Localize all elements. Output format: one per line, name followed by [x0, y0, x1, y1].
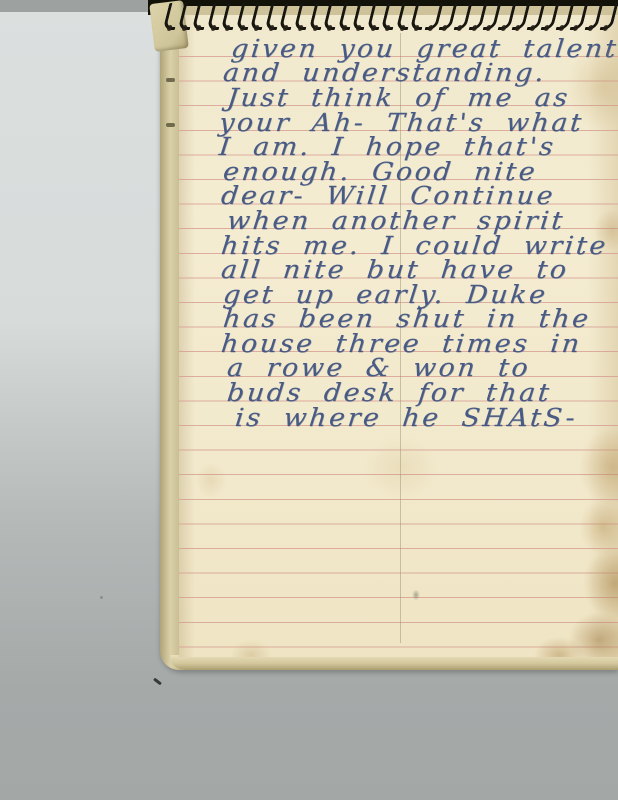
page-stack-left-edge: [160, 6, 179, 670]
notebook: given you great talent and understanding…: [160, 6, 618, 670]
handwritten-line: dear- Will Continue: [220, 183, 557, 208]
binding-coil-icon: [294, 3, 313, 30]
scanned-notebook-page: given you great talent and understanding…: [0, 0, 618, 800]
page-stack-bottom-edge: [170, 655, 618, 670]
binding-coil-icon: [163, 3, 182, 30]
handwritten-line: when another spirit: [226, 208, 566, 233]
spiral-binding: [160, 0, 618, 36]
notebook-page: given you great talent and understanding…: [179, 15, 618, 657]
scanner-top-band: [0, 0, 152, 12]
handwritten-line: is where he SHAtS-: [234, 405, 579, 430]
handwritten-line: has been shut in the: [222, 306, 592, 331]
handwritten-line: and understanding.: [222, 60, 548, 85]
handwritten-line: all nite but have to: [220, 257, 570, 282]
handwritten-line: Just think of me as: [226, 85, 571, 110]
handwritten-line: buds desk for that: [226, 380, 553, 405]
handwritten-line: a rowe & won to: [226, 355, 532, 380]
debris-speck: [100, 596, 103, 599]
debris-speck: [153, 678, 162, 686]
handwritten-line: I am. I hope that's: [218, 134, 557, 159]
